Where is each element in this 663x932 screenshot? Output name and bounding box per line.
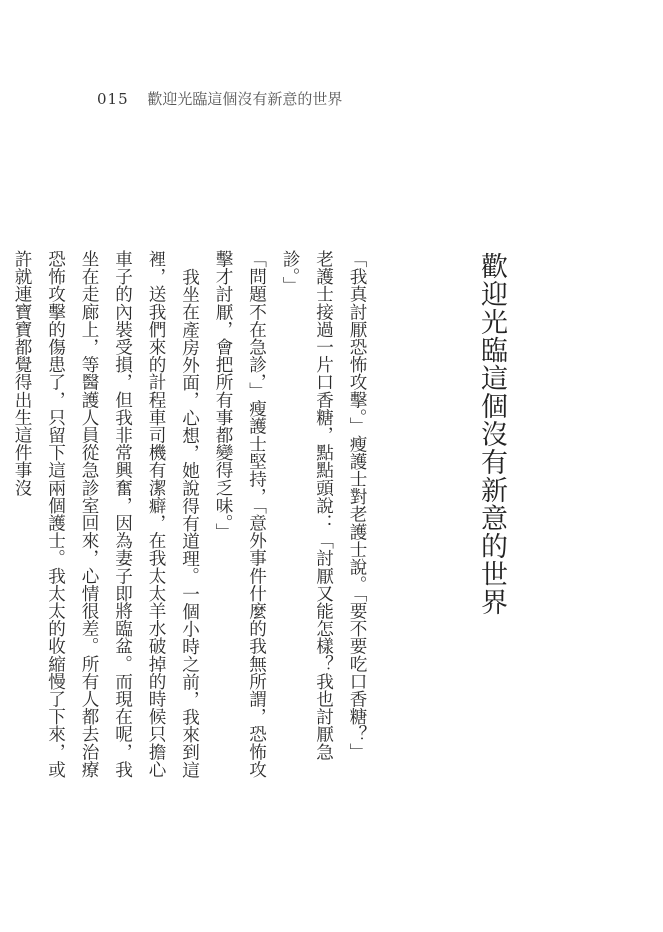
- page-number: 015: [97, 90, 129, 108]
- chapter-title: 歡迎光臨這個沒有新意的世界: [478, 252, 505, 616]
- running-header: 015 歡迎光臨這個沒有新意的世界: [97, 88, 342, 109]
- paragraph: 我坐在產房外面，心想，她說得有道理。一個小時之前，我來到這裡，送我們來的計程車司…: [5, 250, 206, 790]
- paragraph: 「問題不在急診，」瘦護士堅持，「意外事件什麼的我無所謂，恐怖攻擊才討厭，會把所有…: [206, 250, 273, 790]
- paragraph: 「我真討厭恐怖攻擊。」瘦護士對老護士說。「要不要吃口香糖？」: [340, 250, 374, 790]
- paragraph: 老護士接過一片口香糖，點點頭說：「討厭又能怎樣？我也討厭急診。」: [273, 250, 340, 790]
- body-text: 「我真討厭恐怖攻擊。」瘦護士對老護士說。「要不要吃口香糖？」 老護士接過一片口香…: [5, 250, 374, 790]
- running-title: 歡迎光臨這個沒有新意的世界: [147, 90, 342, 108]
